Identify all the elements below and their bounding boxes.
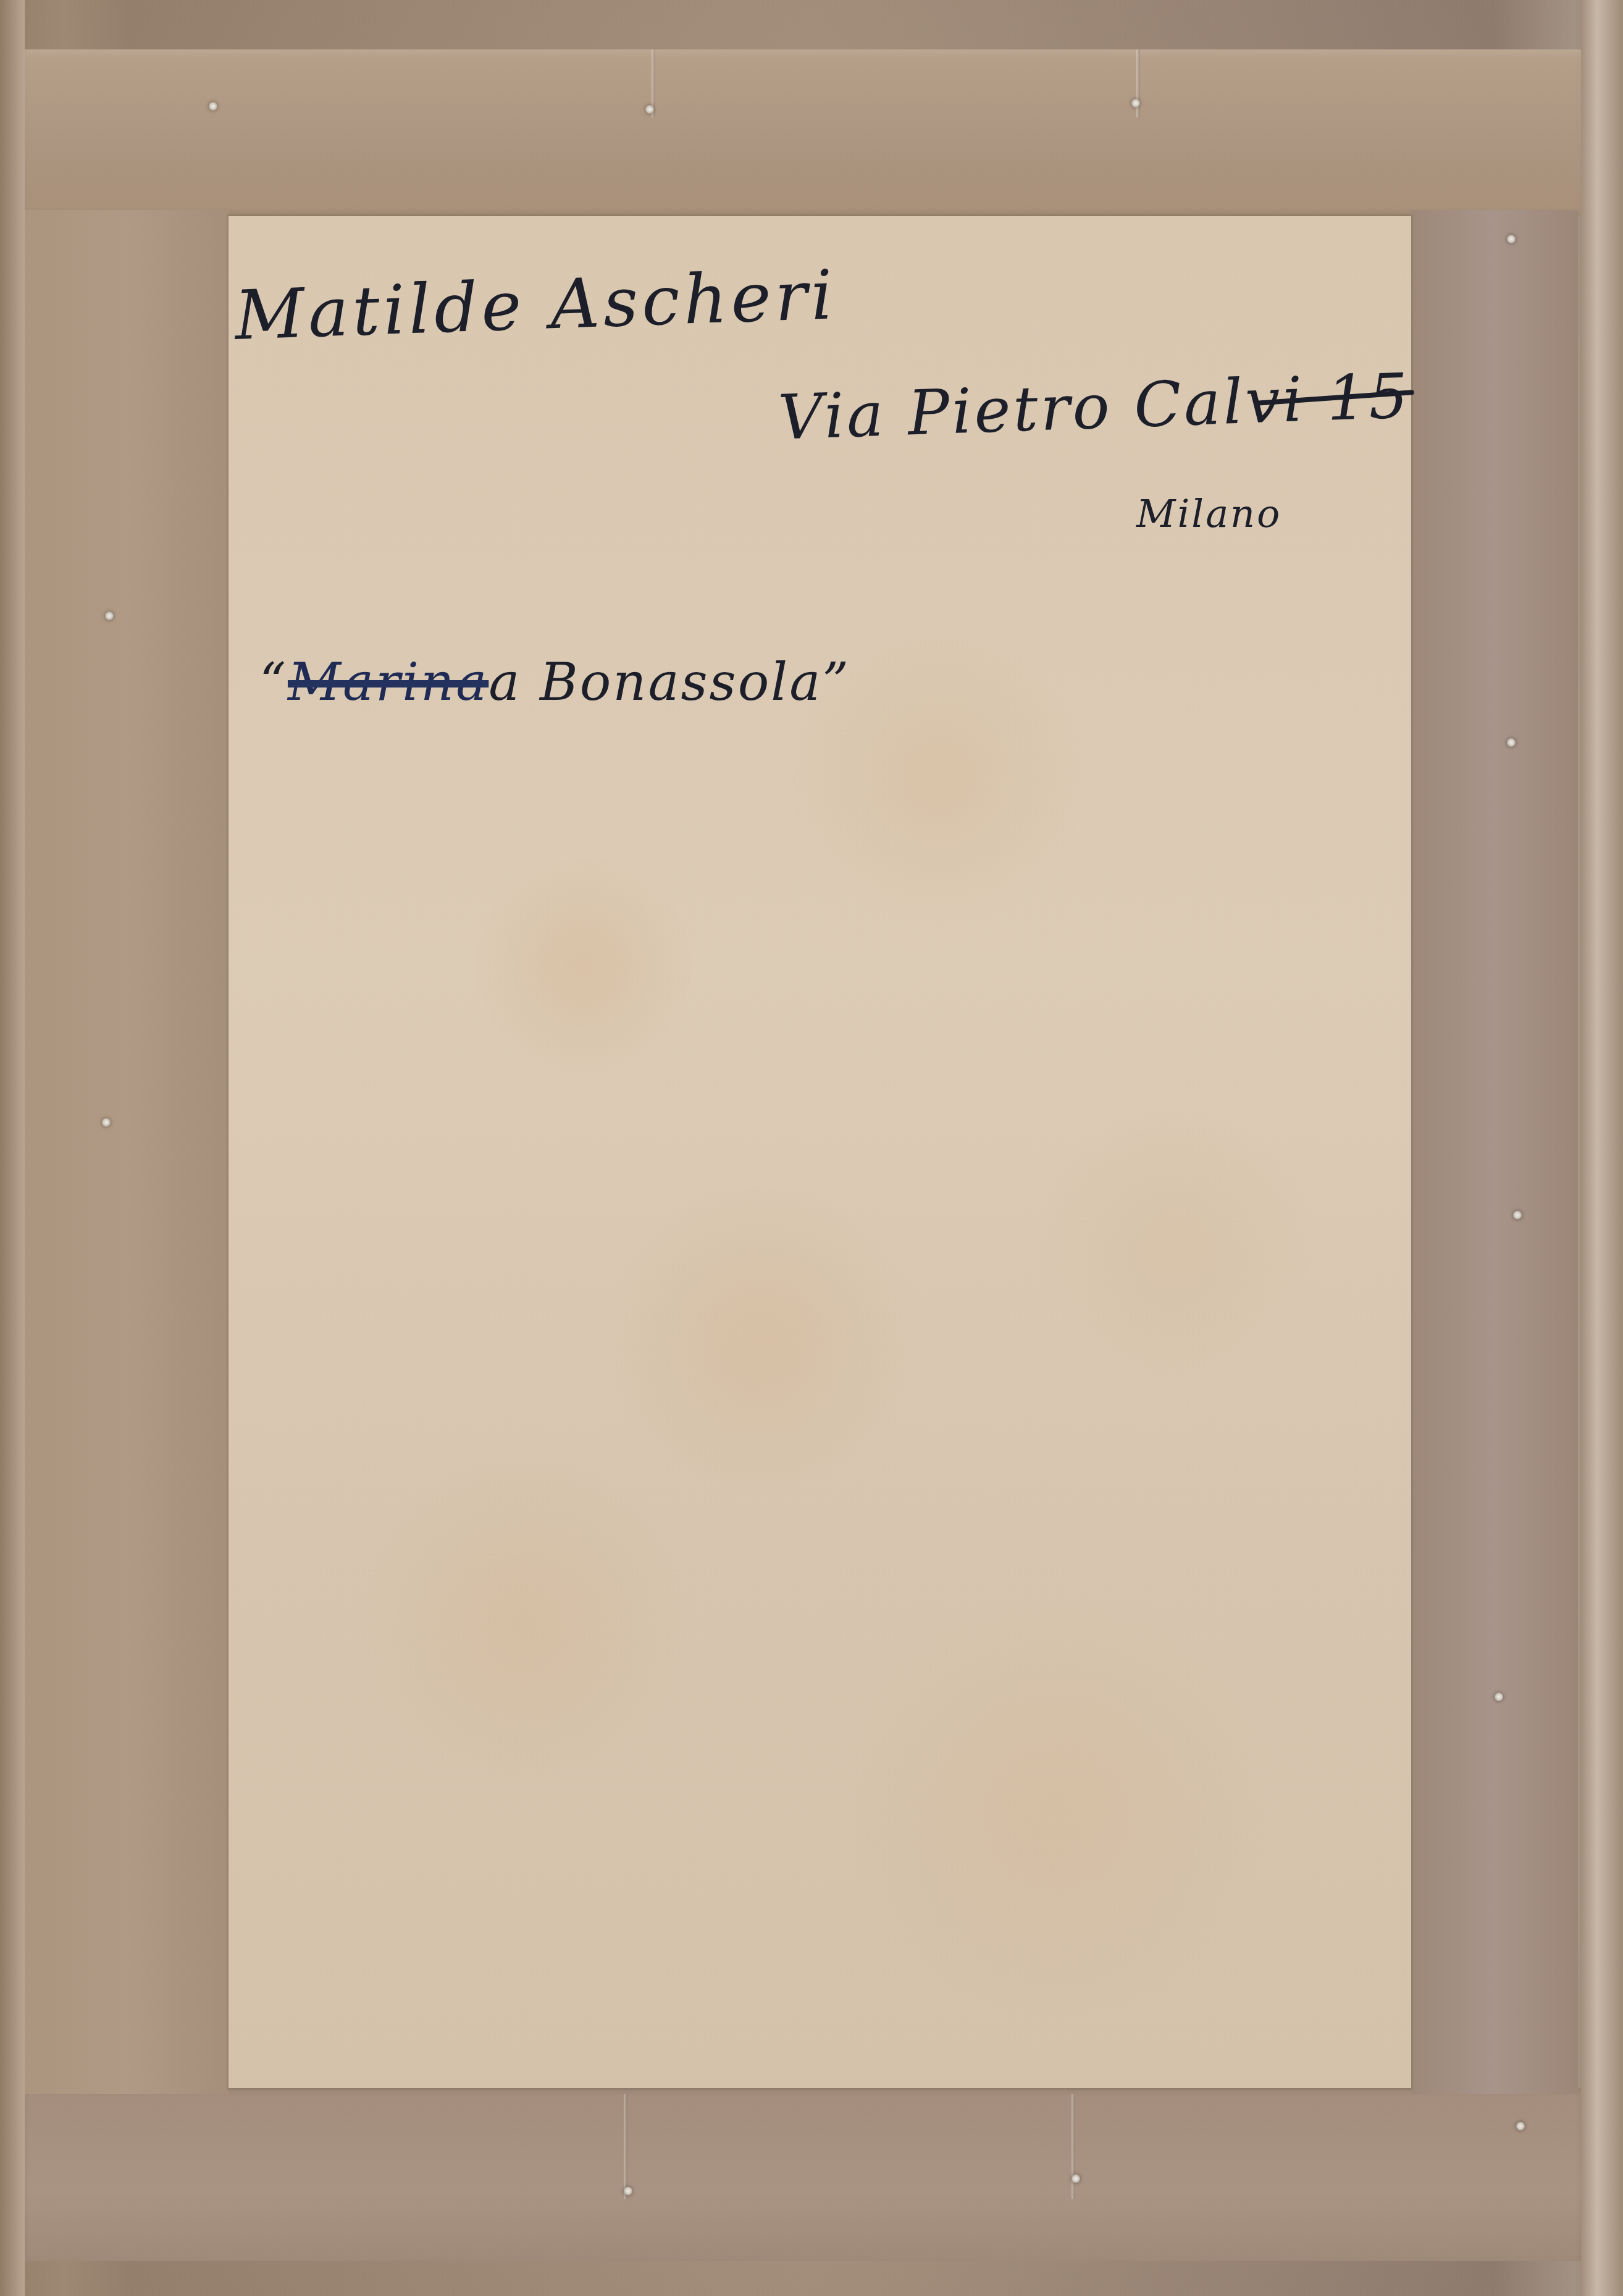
nail-icon	[1513, 1211, 1522, 1219]
paper-tape-right	[1411, 210, 1578, 2094]
paper-tape-bottom	[25, 2088, 1581, 2261]
city-line: Milano	[1136, 491, 1281, 536]
nail-icon	[1131, 99, 1140, 107]
nail-icon	[1516, 2122, 1525, 2130]
nail-icon	[209, 102, 217, 111]
title-text: a Bonassola	[489, 652, 822, 712]
artwork-title: “Marinaa Bonassola”	[259, 652, 850, 712]
frame-back: Matilde Ascheri Via Pietro Calvi 15 Mila…	[0, 0, 1623, 2296]
tape-crease	[624, 2094, 627, 2199]
title-open-quote: “	[259, 652, 288, 712]
paper-tape-top	[25, 49, 1581, 216]
nail-icon	[102, 1118, 111, 1127]
struck-out-word: Marina	[288, 652, 489, 712]
paper-tape-left	[25, 210, 229, 2094]
nail-icon	[105, 612, 114, 620]
title-close-quote: ”	[822, 652, 850, 712]
frame-edge-left	[0, 0, 25, 2296]
tape-crease	[1072, 2094, 1075, 2199]
nail-icon	[1495, 1693, 1503, 1701]
frame-edge-right	[1580, 0, 1623, 2296]
nail-icon	[624, 2187, 632, 2195]
nail-icon	[1507, 738, 1516, 747]
nail-icon	[1072, 2174, 1080, 2183]
nail-icon	[1507, 235, 1516, 243]
nail-icon	[645, 105, 654, 114]
